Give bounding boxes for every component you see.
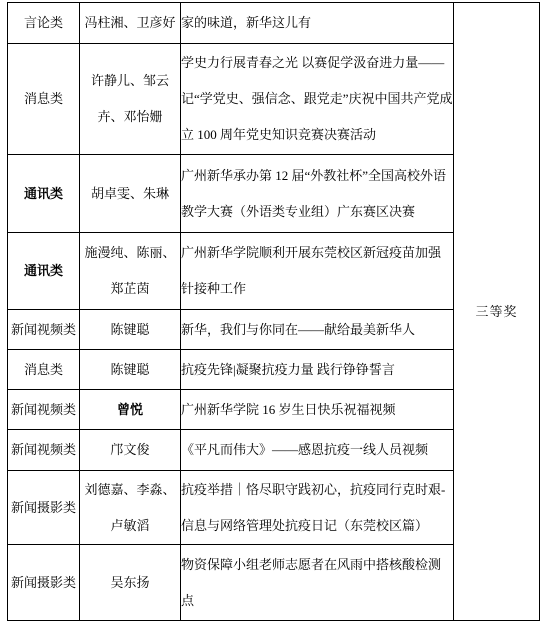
category-cell: 新闻视频类	[8, 390, 80, 430]
category-cell: 通讯类	[8, 233, 80, 310]
names-cell: 施漫纯、陈丽、郑芷茵	[80, 233, 181, 310]
category-cell: 新闻摄影类	[8, 545, 80, 621]
names-cell: 冯柱湘、卫彦好	[80, 3, 181, 44]
category-cell: 消息类	[8, 350, 80, 390]
title-cell: 学史力行展青春之光 以赛促学汲奋进力量——记“学党史、强信念、跟党走”庆祝中国共…	[181, 44, 454, 155]
category-cell: 新闻视频类	[8, 430, 80, 471]
category-cell: 新闻摄影类	[8, 471, 80, 545]
title-cell: 家的味道，新华这儿有	[181, 3, 454, 44]
table-row: 言论类 冯柱湘、卫彦好 家的味道，新华这儿有 三等奖	[8, 3, 540, 44]
names-cell: 许静儿、邹云卉、邓怡姗	[80, 44, 181, 155]
award-cell: 三等奖	[454, 3, 540, 621]
names-cell: 胡卓雯、朱琳	[80, 155, 181, 233]
title-cell: 新华，我们与你同在——献给最美新华人	[181, 310, 454, 350]
title-cell: 抗疫举措｜恪尽职守践初心，抗疫同行克时艰-信息与网络管理处抗疫日记（东莞校区篇）	[181, 471, 454, 545]
names-cell: 邝文俊	[80, 430, 181, 471]
title-cell: 抗疫先锋|凝聚抗疫力量 践行铮铮誓言	[181, 350, 454, 390]
names-cell: 陈键聪	[80, 310, 181, 350]
title-cell: 物资保障小组老师志愿者在风雨中搭核酸检测点	[181, 545, 454, 621]
category-cell: 新闻视频类	[8, 310, 80, 350]
title-cell: 《平凡而伟大》——感恩抗疫一线人员视频	[181, 430, 454, 471]
category-cell: 言论类	[8, 3, 80, 44]
names-cell: 曾悦	[80, 390, 181, 430]
category-cell: 消息类	[8, 44, 80, 155]
names-cell: 刘德嘉、李淼、卢敏滔	[80, 471, 181, 545]
title-cell: 广州新华承办第 12 届“外教社杯”全国高校外语教学大赛（外语类专业组）广东赛区…	[181, 155, 454, 233]
title-cell: 广州新华学院顺利开展东莞校区新冠疫苗加强针接种工作	[181, 233, 454, 310]
awards-table: 言论类 冯柱湘、卫彦好 家的味道，新华这儿有 三等奖 消息类 许静儿、邹云卉、邓…	[7, 2, 540, 621]
names-cell: 陈键聪	[80, 350, 181, 390]
category-cell: 通讯类	[8, 155, 80, 233]
document-page: 言论类 冯柱湘、卫彦好 家的味道，新华这儿有 三等奖 消息类 许静儿、邹云卉、邓…	[0, 0, 543, 624]
names-cell: 吴东扬	[80, 545, 181, 621]
title-cell: 广州新华学院 16 岁生日快乐祝福视频	[181, 390, 454, 430]
